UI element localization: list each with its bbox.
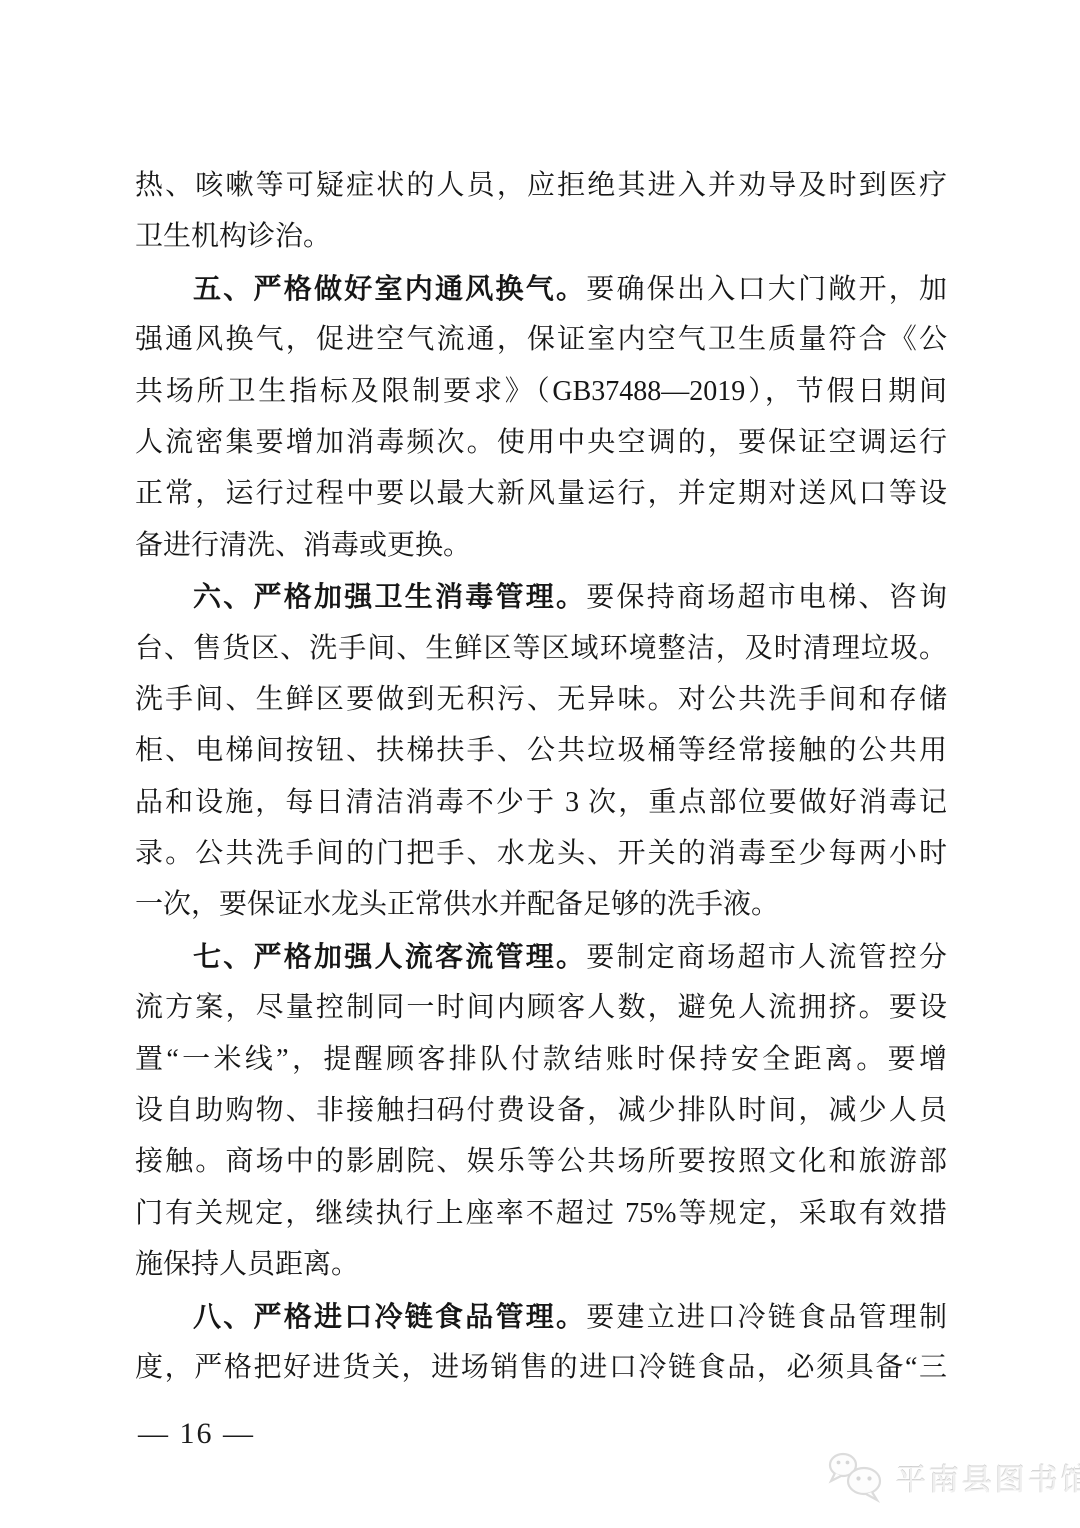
text-line: 台、售货区、洗手间、生鲜区等区域环境整洁，及时清理垃圾。 — [135, 623, 947, 674]
text-run: 强通风换气，促进空气流通，保证室内空气卫生质量符合《公 — [135, 324, 947, 355]
text-line: 录。公共洗手间的门把手、水龙头、开关的消毒至少每两小时 — [135, 828, 947, 879]
text-line: 流方案，尽量控制同一时间内顾客人数，避免人流拥挤。要设 — [135, 982, 947, 1033]
text-run: 备进行清洗、消毒或更换。 — [135, 530, 471, 561]
text-line: 设自助购物、非接触扫码付费设备，减少排队时间，减少人员 — [135, 1085, 947, 1136]
text-line: 柜、电梯间按钮、扶梯扶手、公共垃圾桶等经常接触的公共用 — [135, 725, 947, 776]
section-heading-run: 八、严格进口冷链食品管理。 — [193, 1301, 586, 1332]
text-line: 一次，要保证水龙头正常供水并配备足够的洗手液。 — [135, 879, 947, 930]
text-line: 置“一米线”，提醒顾客排队付款结账时保持安全距离。要增 — [135, 1034, 947, 1085]
page-number: — 16 — — [138, 1417, 255, 1451]
text-run: 要建立进口冷链食品管理制 — [586, 1302, 947, 1333]
text-run: 一次，要保证水龙头正常供水并配备足够的洗手液。 — [135, 889, 779, 920]
text-line: 七、严格加强人流客流管理。要制定商场超市人流管控分 — [135, 931, 947, 982]
text-run: 度，严格把好进货关，进场销售的进口冷链食品，必须具备“三 — [135, 1352, 947, 1383]
document-body: 热、咳嗽等可疑症状的人员，应拒绝其进入并劝导及时到医疗卫生机构诊治。五、严格做好… — [135, 160, 947, 1393]
text-line: 卫生机构诊治。 — [135, 211, 947, 262]
section-heading-run: 七、严格加强人流客流管理。 — [193, 941, 586, 972]
wechat-icon — [826, 1450, 888, 1504]
watermark: 平南县图书馆 — [826, 1450, 1080, 1504]
text-run: 热、咳嗽等可疑症状的人员，应拒绝其进入并劝导及时到医疗 — [135, 170, 947, 201]
section-heading-run: 六、严格加强卫生消毒管理。 — [193, 581, 586, 612]
text-run: 要确保出入口大门敞开，加 — [586, 274, 947, 305]
text-line: 人流密集要增加消毒频次。使用中央空调的，要保证空调运行 — [135, 417, 947, 468]
text-line: 门有关规定，继续执行上座率不超过 75%等规定，采取有效措 — [135, 1188, 947, 1239]
text-run: 门有关规定，继续执行上座率不超过 75%等规定，采取有效措 — [135, 1198, 947, 1229]
text-line: 洗手间、生鲜区要做到无积污、无异味。对公共洗手间和存储 — [135, 674, 947, 725]
text-run: 录。公共洗手间的门把手、水龙头、开关的消毒至少每两小时 — [135, 838, 947, 869]
text-line: 八、严格进口冷链食品管理。要建立进口冷链食品管理制 — [135, 1291, 947, 1342]
text-run: 正常，运行过程中要以最大新风量运行，并定期对送风口等设 — [135, 478, 947, 509]
text-run: 洗手间、生鲜区要做到无积污、无异味。对公共洗手间和存储 — [135, 684, 947, 715]
text-run: 人流密集要增加消毒频次。使用中央空调的，要保证空调运行 — [135, 427, 947, 458]
text-line: 热、咳嗽等可疑症状的人员，应拒绝其进入并劝导及时到医疗 — [135, 160, 947, 211]
text-run: 要制定商场超市人流管控分 — [586, 942, 947, 973]
text-line: 共场所卫生指标及限制要求》（GB37488—2019），节假日期间 — [135, 366, 947, 417]
text-run: 品和设施，每日清洁消毒不少于 3 次，重点部位要做好消毒记 — [135, 787, 947, 818]
text-run: 设自助购物、非接触扫码付费设备，减少排队时间，减少人员 — [135, 1095, 947, 1126]
text-run: 卫生机构诊治。 — [135, 221, 331, 252]
text-line: 品和设施，每日清洁消毒不少于 3 次，重点部位要做好消毒记 — [135, 777, 947, 828]
text-line: 强通风换气，促进空气流通，保证室内空气卫生质量符合《公 — [135, 314, 947, 365]
text-run: 柜、电梯间按钮、扶梯扶手、公共垃圾桶等经常接触的公共用 — [135, 735, 947, 766]
watermark-label: 平南县图书馆 — [896, 1455, 1080, 1499]
text-run: 流方案，尽量控制同一时间内顾客人数，避免人流拥挤。要设 — [135, 992, 947, 1023]
text-line: 六、严格加强卫生消毒管理。要保持商场超市电梯、咨询 — [135, 571, 947, 622]
text-run: 共场所卫生指标及限制要求》（GB37488—2019），节假日期间 — [135, 376, 947, 407]
text-run: 接触。商场中的影剧院、娱乐等公共场所要按照文化和旅游部 — [135, 1146, 947, 1177]
text-line: 五、严格做好室内通风换气。要确保出入口大门敞开，加 — [135, 263, 947, 314]
text-line: 接触。商场中的影剧院、娱乐等公共场所要按照文化和旅游部 — [135, 1136, 947, 1187]
document-page: 热、咳嗽等可疑症状的人员，应拒绝其进入并劝导及时到医疗卫生机构诊治。五、严格做好… — [0, 0, 1080, 1528]
text-line: 备进行清洗、消毒或更换。 — [135, 520, 947, 571]
text-line: 施保持人员距离。 — [135, 1239, 947, 1290]
text-line: 正常，运行过程中要以最大新风量运行，并定期对送风口等设 — [135, 468, 947, 519]
text-line: 度，严格把好进货关，进场销售的进口冷链食品，必须具备“三 — [135, 1342, 947, 1393]
section-heading-run: 五、严格做好室内通风换气。 — [193, 273, 586, 304]
text-run: 台、售货区、洗手间、生鲜区等区域环境整洁，及时清理垃圾。 — [135, 633, 947, 664]
text-run: 施保持人员距离。 — [135, 1249, 359, 1280]
text-run: 要保持商场超市电梯、咨询 — [586, 582, 947, 613]
text-run: 置“一米线”，提醒顾客排队付款结账时保持安全距离。要增 — [135, 1044, 947, 1075]
